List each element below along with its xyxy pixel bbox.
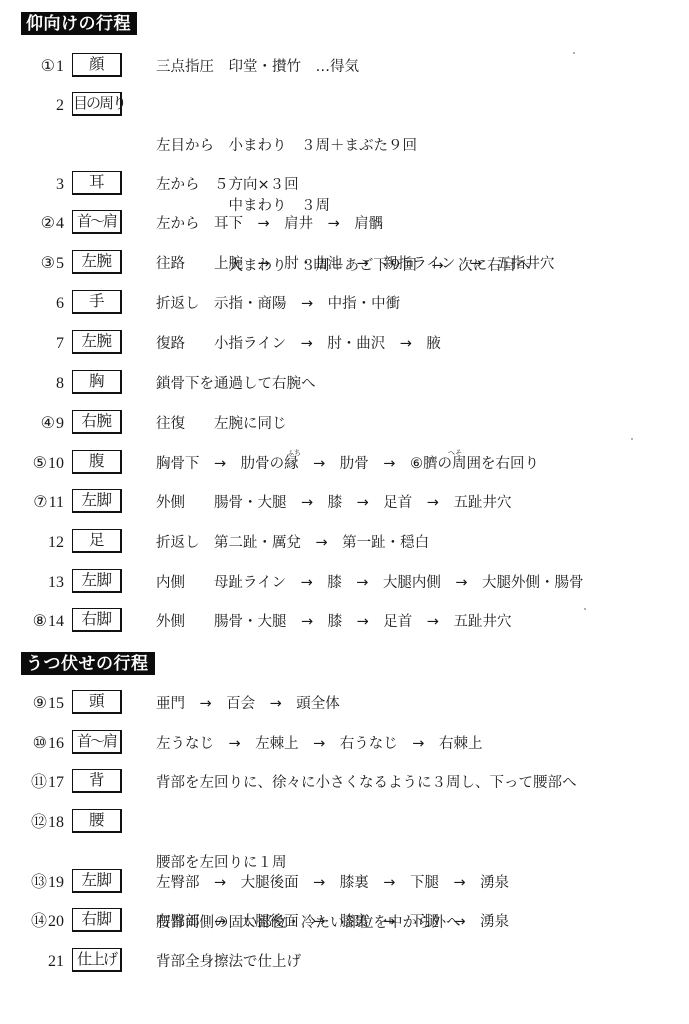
step-description: 亜門 → 百会 → 頭全体 [156,694,340,714]
step-number: ⑦11 [20,493,64,513]
step-description: 外側 腸骨・大腿 → 膝 → 足首 → 五趾井穴 [156,493,511,513]
body-part-label: 首～肩 [72,730,122,754]
body-part-label: 頭 [72,690,122,714]
step-description: 左臀部 → 大腿後面 → 膝裏 → 下腿 → 湧泉 [156,873,509,893]
body-part-label: 耳 [72,171,122,195]
body-part-label: 首～肩 [72,210,122,234]
step-number: 13 [20,573,64,593]
step-description: 背部を左回りに、徐々に小さくなるように３周し、下って腰部へ [156,773,577,793]
body-part-label: 腰 [72,809,122,833]
scan-speck [631,438,633,440]
step-description: 左目から 小まわり ３周＋まぶた９回 中まわり ３周 大まわり ３周＋あご下９回… [156,96,531,316]
body-part-label: 足 [72,529,122,553]
step-number: ⑤10 [20,454,64,474]
step-number: 2 [20,96,64,116]
section-title-prone: うつ伏せの行程 [21,652,155,675]
step-description: 左から 耳下 → 肩井 → 肩髃 [156,214,383,234]
body-part-label: 左脚 [72,569,122,593]
body-part-label: 顔 [72,53,122,77]
scan-speck [584,608,586,610]
step-description: 右臀部 → 大腿後面 → 膝裏 → 下腿 → 湧泉 [156,912,509,932]
body-part-label: 左腕 [72,250,122,274]
step-description: 折返し 示指・商陽 → 中指・中衝 [156,294,400,314]
step-description: 三点指圧 印堂・攅竹 …得気 [156,57,359,77]
step-description: 外側 腸骨・大腿 → 膝 → 足首 → 五趾井穴 [156,612,511,632]
step-description: 折返し 第二趾・厲兌 → 第一趾・穏白 [156,533,429,553]
body-part-label: 右脚 [72,908,122,932]
step-number: ⑬19 [20,873,64,893]
section-title-supine: 仰向けの行程 [21,12,137,35]
step-number: ⑩16 [20,734,64,754]
step-number: 21 [20,952,64,972]
body-part-label: 目の周り [72,92,122,116]
step-description: 腰部を左回りに１周 腰部両側の固い部位・冷たい部位を中から外へ [156,813,461,973]
body-part-label: 背 [72,769,122,793]
step-number: ④9 [20,414,64,434]
step-number: ⑨15 [20,694,64,714]
step-number: ⑫18 [20,813,64,833]
body-part-label: 左脚 [72,489,122,513]
step-number: ①1 [20,57,64,77]
step-number: 7 [20,334,64,354]
step-description: 往復 左腕に同じ [156,414,287,434]
body-part-label: 手 [72,290,122,314]
step-number: ⑧14 [20,612,64,632]
body-part-label: 仕上げ [72,948,122,972]
step-description: 復路 小指ライン → 肘・曲沢 → 腋 [156,334,441,354]
step-description: 往路 上腕 → 肘・曲池 → 親指ライン → 五指井穴 [156,254,555,274]
body-part-label: 左腕 [72,330,122,354]
step-number: 8 [20,374,64,394]
body-part-label: 腹 [72,450,122,474]
step-number: 12 [20,533,64,553]
body-part-label: 右脚 [72,608,122,632]
step-number: ⑪17 [20,773,64,793]
step-description: 背部全身擦法で仕上げ [156,952,301,972]
body-part-label: 右腕 [72,410,122,434]
body-part-label: 胸 [72,370,122,394]
step-number: 3 [20,175,64,195]
step-description: 左うなじ → 左棘上 → 右うなじ → 右棘上 [156,734,482,754]
step-description: 鎖骨下を通過して右腕へ [156,374,316,394]
body-part-label: 左脚 [72,869,122,893]
step-description: 内側 母趾ライン → 膝 → 大腿内側 → 大腿外側・腸骨 [156,573,584,593]
step-number: ②4 [20,214,64,234]
step-description: 胸骨下 → 肋骨の縁 → 肋骨 → ⑥臍の周囲を右回り [156,454,539,474]
step-number: ⑭20 [20,912,64,932]
step-number: 6 [20,294,64,314]
scan-speck [573,52,575,54]
step-number: ③5 [20,254,64,274]
step-description: 左から ５方向×３回 [156,175,299,195]
